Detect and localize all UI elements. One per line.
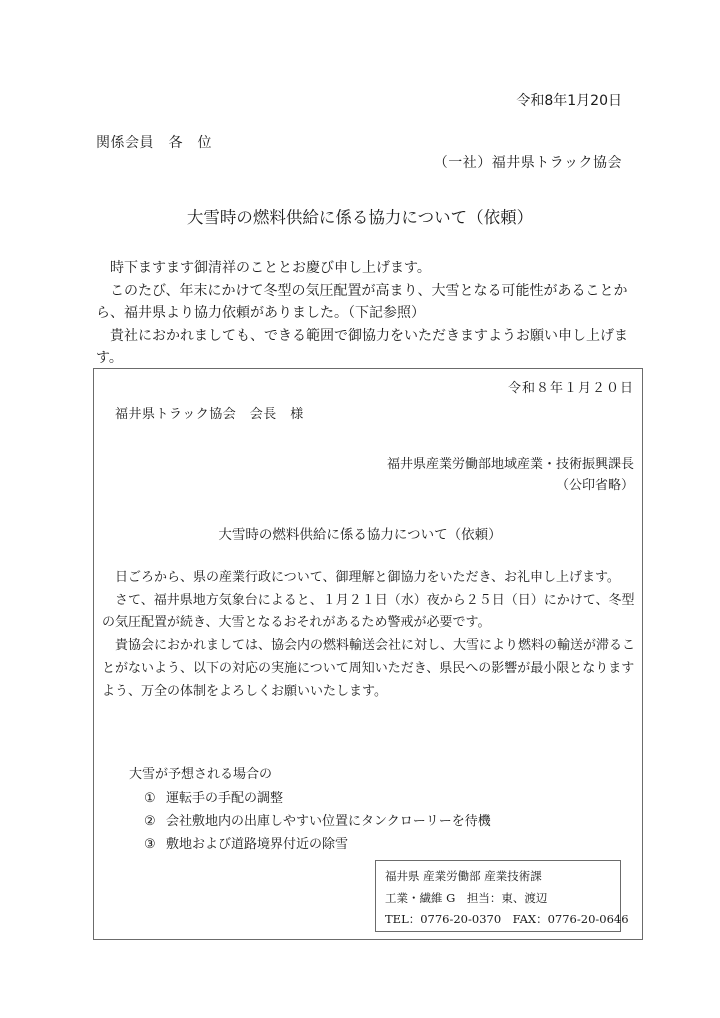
letter-title: 大雪時の燃料供給に係る協力について（依頼） bbox=[0, 523, 720, 543]
cover-addressee: 関係会員 各 位 bbox=[96, 132, 212, 152]
cover-body: 時下ますます御清祥のこととお慶び申し上げます。 このたび、年末にかけて冬型の気圧… bbox=[96, 257, 631, 370]
cover-paragraph: 時下ますます御清祥のこととお慶び申し上げます。 bbox=[96, 257, 631, 280]
list-item-text: 敷地および道路境界付近の除雪 bbox=[166, 837, 348, 852]
list-heading: 大雪が予想される場合の bbox=[129, 763, 272, 782]
letter-date: 令和８年１月２０日 bbox=[508, 377, 634, 396]
contact-box: 福井県 産業労働部 産業技術課 工業・繊維 G 担当：東、渡辺 TEL：0776… bbox=[375, 860, 621, 932]
cover-sender: （一社）福井県トラック協会 bbox=[434, 152, 622, 172]
action-list: ①運転手の手配の調整 ②会社敷地内の出庫しやすい位置にタンクローリーを待機 ③敷… bbox=[144, 787, 491, 856]
list-item: ③敷地および道路境界付近の除雪 bbox=[144, 833, 491, 856]
letter-addressee: 福井県トラック協会 会長 様 bbox=[115, 403, 304, 422]
contact-phone-fax: TEL：0776-20-0370 FAX：0776-20-0646 bbox=[385, 909, 620, 931]
cover-paragraph: 貴社におかれましても、できる範囲で御協力をいただきますようお願い申し上げます。 bbox=[96, 325, 631, 370]
list-marker: ② bbox=[144, 810, 166, 833]
contact-staff: 工業・繊維 G 担当：東、渡辺 bbox=[385, 888, 620, 910]
letter-paragraph: さて、福井県地方気象台によると、１月２１日（水）夜から２５日（日）にかけて、冬型… bbox=[102, 590, 637, 635]
letter-paragraph: 貴協会におかれましては、協会内の燃料輸送会社に対し、大雪により燃料の輸送が滞るこ… bbox=[102, 635, 637, 703]
list-marker: ① bbox=[144, 787, 166, 810]
list-item-text: 運転手の手配の調整 bbox=[166, 791, 283, 806]
cover-paragraph: このたび、年末にかけて冬型の気圧配置が高まり、大雪となる可能性があることから、福… bbox=[96, 280, 631, 325]
list-item: ②会社敷地内の出庫しやすい位置にタンクローリーを待機 bbox=[144, 810, 491, 833]
list-marker: ③ bbox=[144, 833, 166, 856]
cover-date: 令和8年1月20日 bbox=[516, 90, 622, 110]
list-item: ①運転手の手配の調整 bbox=[144, 787, 491, 810]
letter-seal-note: （公印省略） bbox=[556, 474, 634, 493]
letter-sender: 福井県産業労働部地域産業・技術振興課長 bbox=[387, 453, 634, 472]
list-item-text: 会社敷地内の出庫しやすい位置にタンクローリーを待機 bbox=[166, 814, 491, 829]
letter-body: 日ごろから、県の産業行政について、御理解と御協力をいただき、お礼申し上げます。 … bbox=[102, 567, 637, 703]
letter-paragraph: 日ごろから、県の産業行政について、御理解と御協力をいただき、お礼申し上げます。 bbox=[102, 567, 637, 590]
contact-department: 福井県 産業労働部 産業技術課 bbox=[385, 866, 620, 888]
cover-title: 大雪時の燃料供給に係る協力について（依頼） bbox=[0, 204, 720, 228]
